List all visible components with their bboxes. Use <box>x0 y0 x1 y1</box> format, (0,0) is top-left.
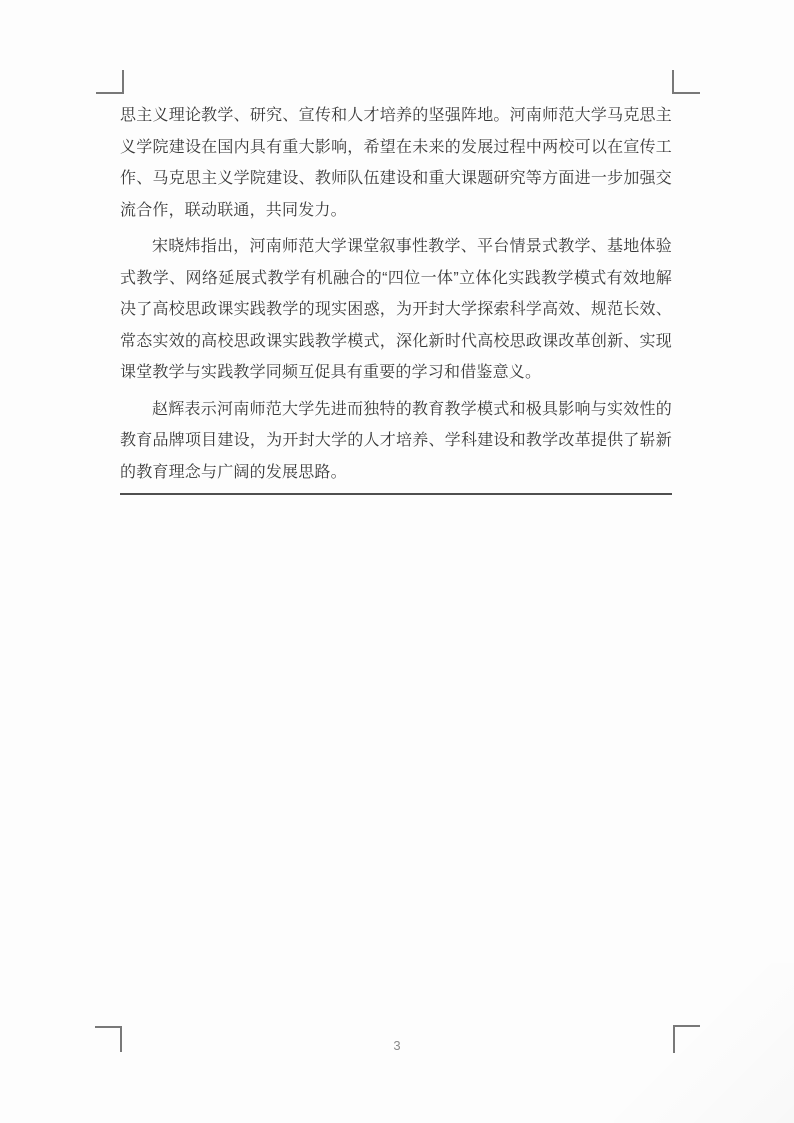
text-line: 教育品牌项目建设，为开封大学的人才培养、学科建设和教学改革提供了崭新 <box>120 425 672 457</box>
document-page: 思主义理论教学、研究、宣传和人才培养的坚强阵地。河南师范大学马克思主义学院建设在… <box>0 0 794 1123</box>
text-line: 决了高校思政课实践教学的现实困惑，为开封大学探索科学高效、规范长效、 <box>120 294 672 326</box>
text-line: 式教学、网络延展式教学有机融合的“四位一体”立体化实践教学模式有效地解 <box>120 263 672 295</box>
text-block: 思主义理论教学、研究、宣传和人才培养的坚强阵地。河南师范大学马克思主义学院建设在… <box>120 100 672 495</box>
text-line: 的教育理念与广阔的发展思路。 <box>120 457 672 489</box>
text-line: 作、马克思主义学院建设、教师队伍建设和重大课题研究等方面进一步加强交 <box>120 163 672 195</box>
text-line: 义学院建设在国内具有重大影响，希望在未来的发展过程中两校可以在宣传工 <box>120 132 672 164</box>
text-line: 课堂教学与实践教学同频互促具有重要的学习和借鉴意义。 <box>120 357 672 389</box>
page-number: 3 <box>0 1038 794 1053</box>
text-line: 宋晓炜指出，河南师范大学课堂叙事性教学、平台情景式教学、基地体验 <box>120 231 672 263</box>
paragraph: 宋晓炜指出，河南师范大学课堂叙事性教学、平台情景式教学、基地体验式教学、网络延展… <box>120 231 672 389</box>
paragraph: 思主义理论教学、研究、宣传和人才培养的坚强阵地。河南师范大学马克思主义学院建设在… <box>120 100 672 226</box>
crop-mark-top-left-icon <box>96 70 124 94</box>
text-line: 常态实效的高校思政课实践教学模式，深化新时代高校思政课改革创新、实现 <box>120 326 672 358</box>
horizontal-rule <box>120 493 672 495</box>
text-line: 赵辉表示河南师范大学先进而独特的教育教学模式和极具影响与实效性的 <box>120 394 672 426</box>
crop-mark-top-right-icon <box>672 70 700 94</box>
text-line: 思主义理论教学、研究、宣传和人才培养的坚强阵地。河南师范大学马克思主 <box>120 100 672 132</box>
text-line: 流合作，联动联通，共同发力。 <box>120 195 672 227</box>
paragraph: 赵辉表示河南师范大学先进而独特的教育教学模式和极具影响与实效性的教育品牌项目建设… <box>120 394 672 489</box>
